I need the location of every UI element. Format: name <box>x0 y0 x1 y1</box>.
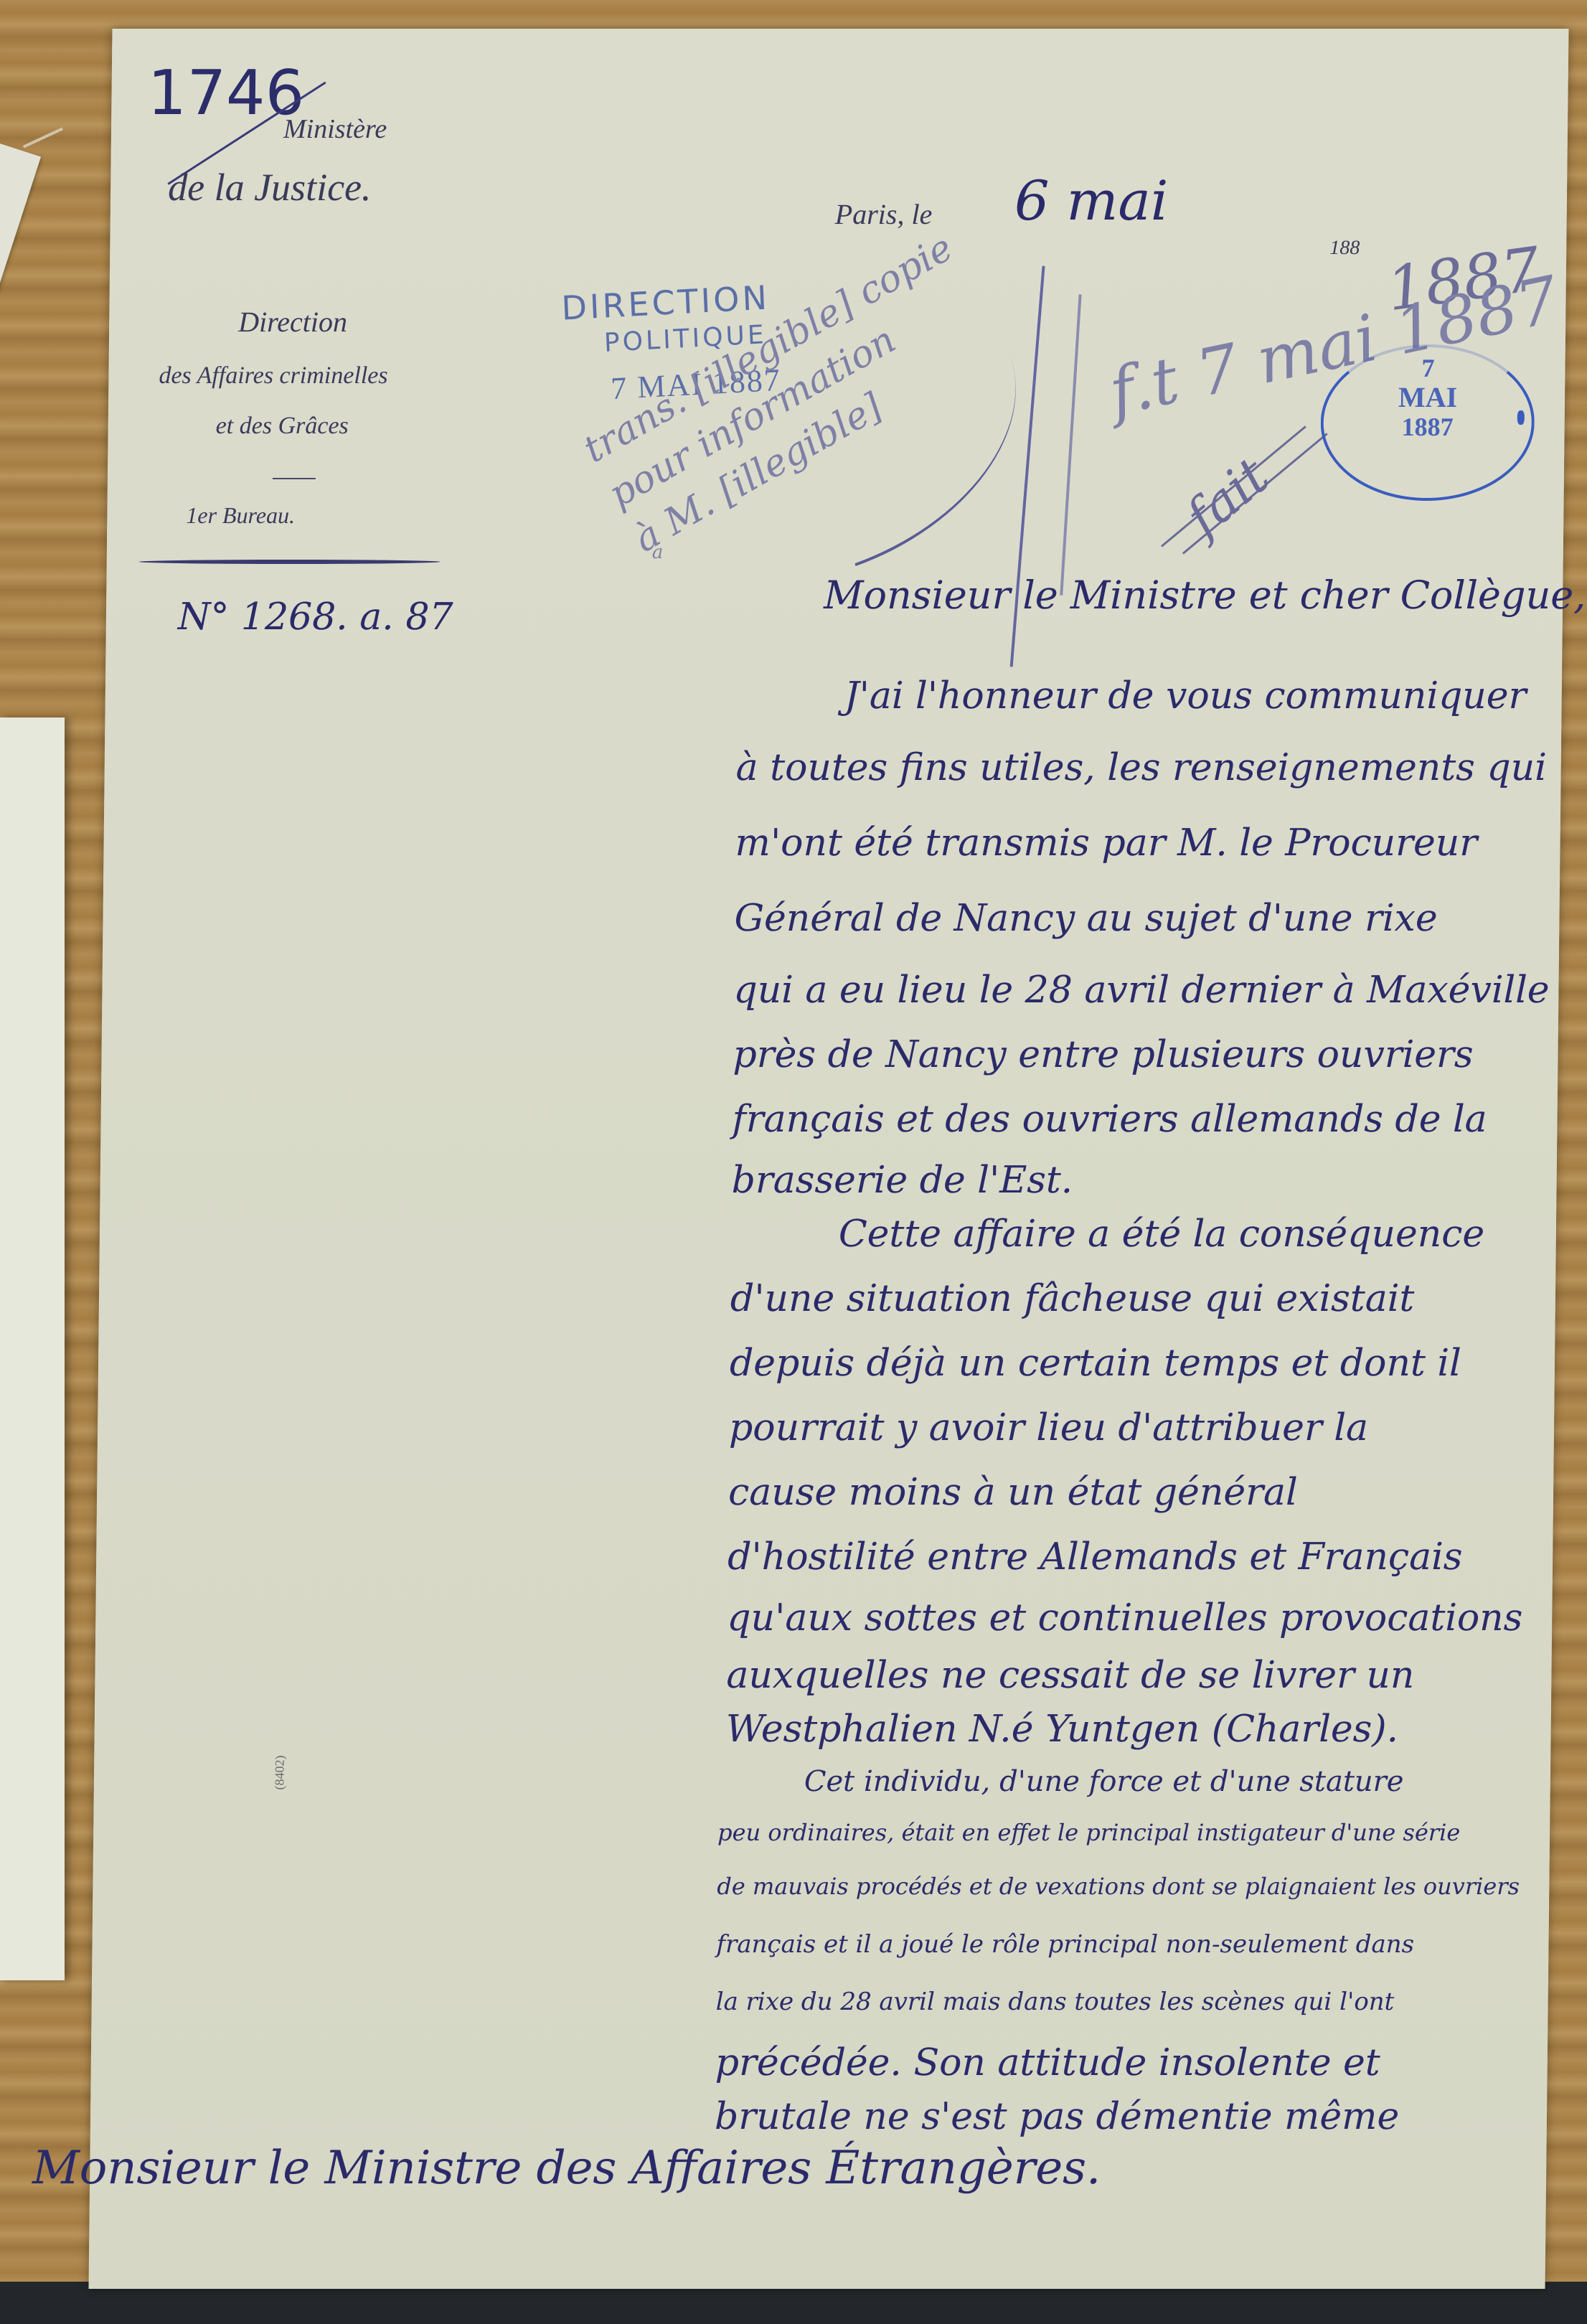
print-code: (8402) <box>272 1756 288 1790</box>
stamp-direction: DIRECTION <box>560 278 770 327</box>
body-line: d'hostilité entre Allemands et Français <box>727 1535 1463 1579</box>
body-line: Westphalien N.é Yuntgen (Charles). <box>725 1708 1398 1751</box>
letterhead-swash <box>139 560 441 564</box>
body-line: de mauvais procédés et de vexations dont… <box>717 1873 1520 1900</box>
letterhead-direction: Direction <box>238 305 347 339</box>
body-line: peu ordinaires, était en effet le princi… <box>717 1819 1461 1846</box>
adjacent-sheet <box>0 718 65 1980</box>
body-line: J'ai l'honneur de vous communiquer <box>844 674 1526 718</box>
body-line: pourrait y avoir lieu d'attribuer la <box>729 1406 1369 1449</box>
body-line: brutale ne s'est pas démentie même <box>715 2095 1400 2138</box>
body-line: à toutes fins utiles, les renseignements… <box>735 746 1547 789</box>
pencil-letter-a: a <box>652 542 664 563</box>
round-stamp-month: MAI <box>1324 383 1532 412</box>
letterhead-division-2: et des Grâces <box>215 413 348 440</box>
round-date-stamp: 7 MAI 1887 <box>1320 344 1535 501</box>
body-line: près de Nancy entre plusieurs ouvriers <box>733 1033 1474 1076</box>
body-line: français et il a joué le rôle principal … <box>716 1930 1414 1959</box>
body-line: qu'aux sottes et continuelles provocatio… <box>727 1596 1523 1639</box>
body-line: brasserie de l'Est. <box>731 1159 1073 1202</box>
letterhead-rule <box>273 478 316 479</box>
body-line: auxquelles ne cessait de se livrer un <box>726 1654 1415 1697</box>
letterhead-bureau: 1er Bureau. <box>186 502 295 529</box>
body-line: qui a eu lieu le 28 avril dernier à Maxé… <box>733 969 1550 1012</box>
tag-string <box>23 128 63 149</box>
round-stamp-year: 1887 <box>1323 412 1531 442</box>
salutation: Monsieur le Ministre et cher Collègue, <box>824 573 1586 618</box>
letterhead-division-1: des Affaires criminelles <box>159 362 388 390</box>
letterhead-ministry-2: de la Justice. <box>168 165 372 210</box>
body-line: français et des ouvriers allemands de la <box>732 1098 1487 1141</box>
body-line: depuis déjà un certain temps et dont il <box>730 1342 1461 1385</box>
body-line: Cet individu, d'une force et d'une statu… <box>804 1765 1404 1798</box>
body-line: Général de Nancy au sujet d'une rixe <box>734 897 1438 940</box>
body-line: cause moins à un état général <box>728 1471 1298 1514</box>
body-line: la rixe du 28 avril mais dans toutes les… <box>715 1987 1394 2016</box>
body-line: Cette affaire a été la conséquence <box>839 1213 1485 1256</box>
archive-tag <box>0 144 41 293</box>
body-line: d'une situation fâcheuse qui existait <box>730 1277 1415 1320</box>
dateline-date: 6 mai <box>1014 169 1169 232</box>
letterhead-ministry-1: Ministère <box>283 113 387 145</box>
dateline-year-prefix: 188 <box>1329 237 1360 260</box>
round-stamp-day: 7 <box>1324 353 1532 383</box>
pencil-vertical-stroke <box>1060 294 1081 596</box>
stamp-ink-dot <box>1517 410 1525 425</box>
body-line: précédée. Son attitude insolente et <box>715 2041 1380 2084</box>
body-line: m'ont été transmis par M. le Procureur <box>735 822 1477 865</box>
reference-number: 1746 <box>147 57 305 129</box>
addressee-line: Monsieur le Ministre des Affaires Étrang… <box>32 2142 1101 2195</box>
dossier-number: N° 1268. a. 87 <box>178 596 453 639</box>
dateline-prefix: Paris, le <box>835 197 933 231</box>
letter-page: 1746 Ministère de la Justice. Direction … <box>89 29 1569 2289</box>
